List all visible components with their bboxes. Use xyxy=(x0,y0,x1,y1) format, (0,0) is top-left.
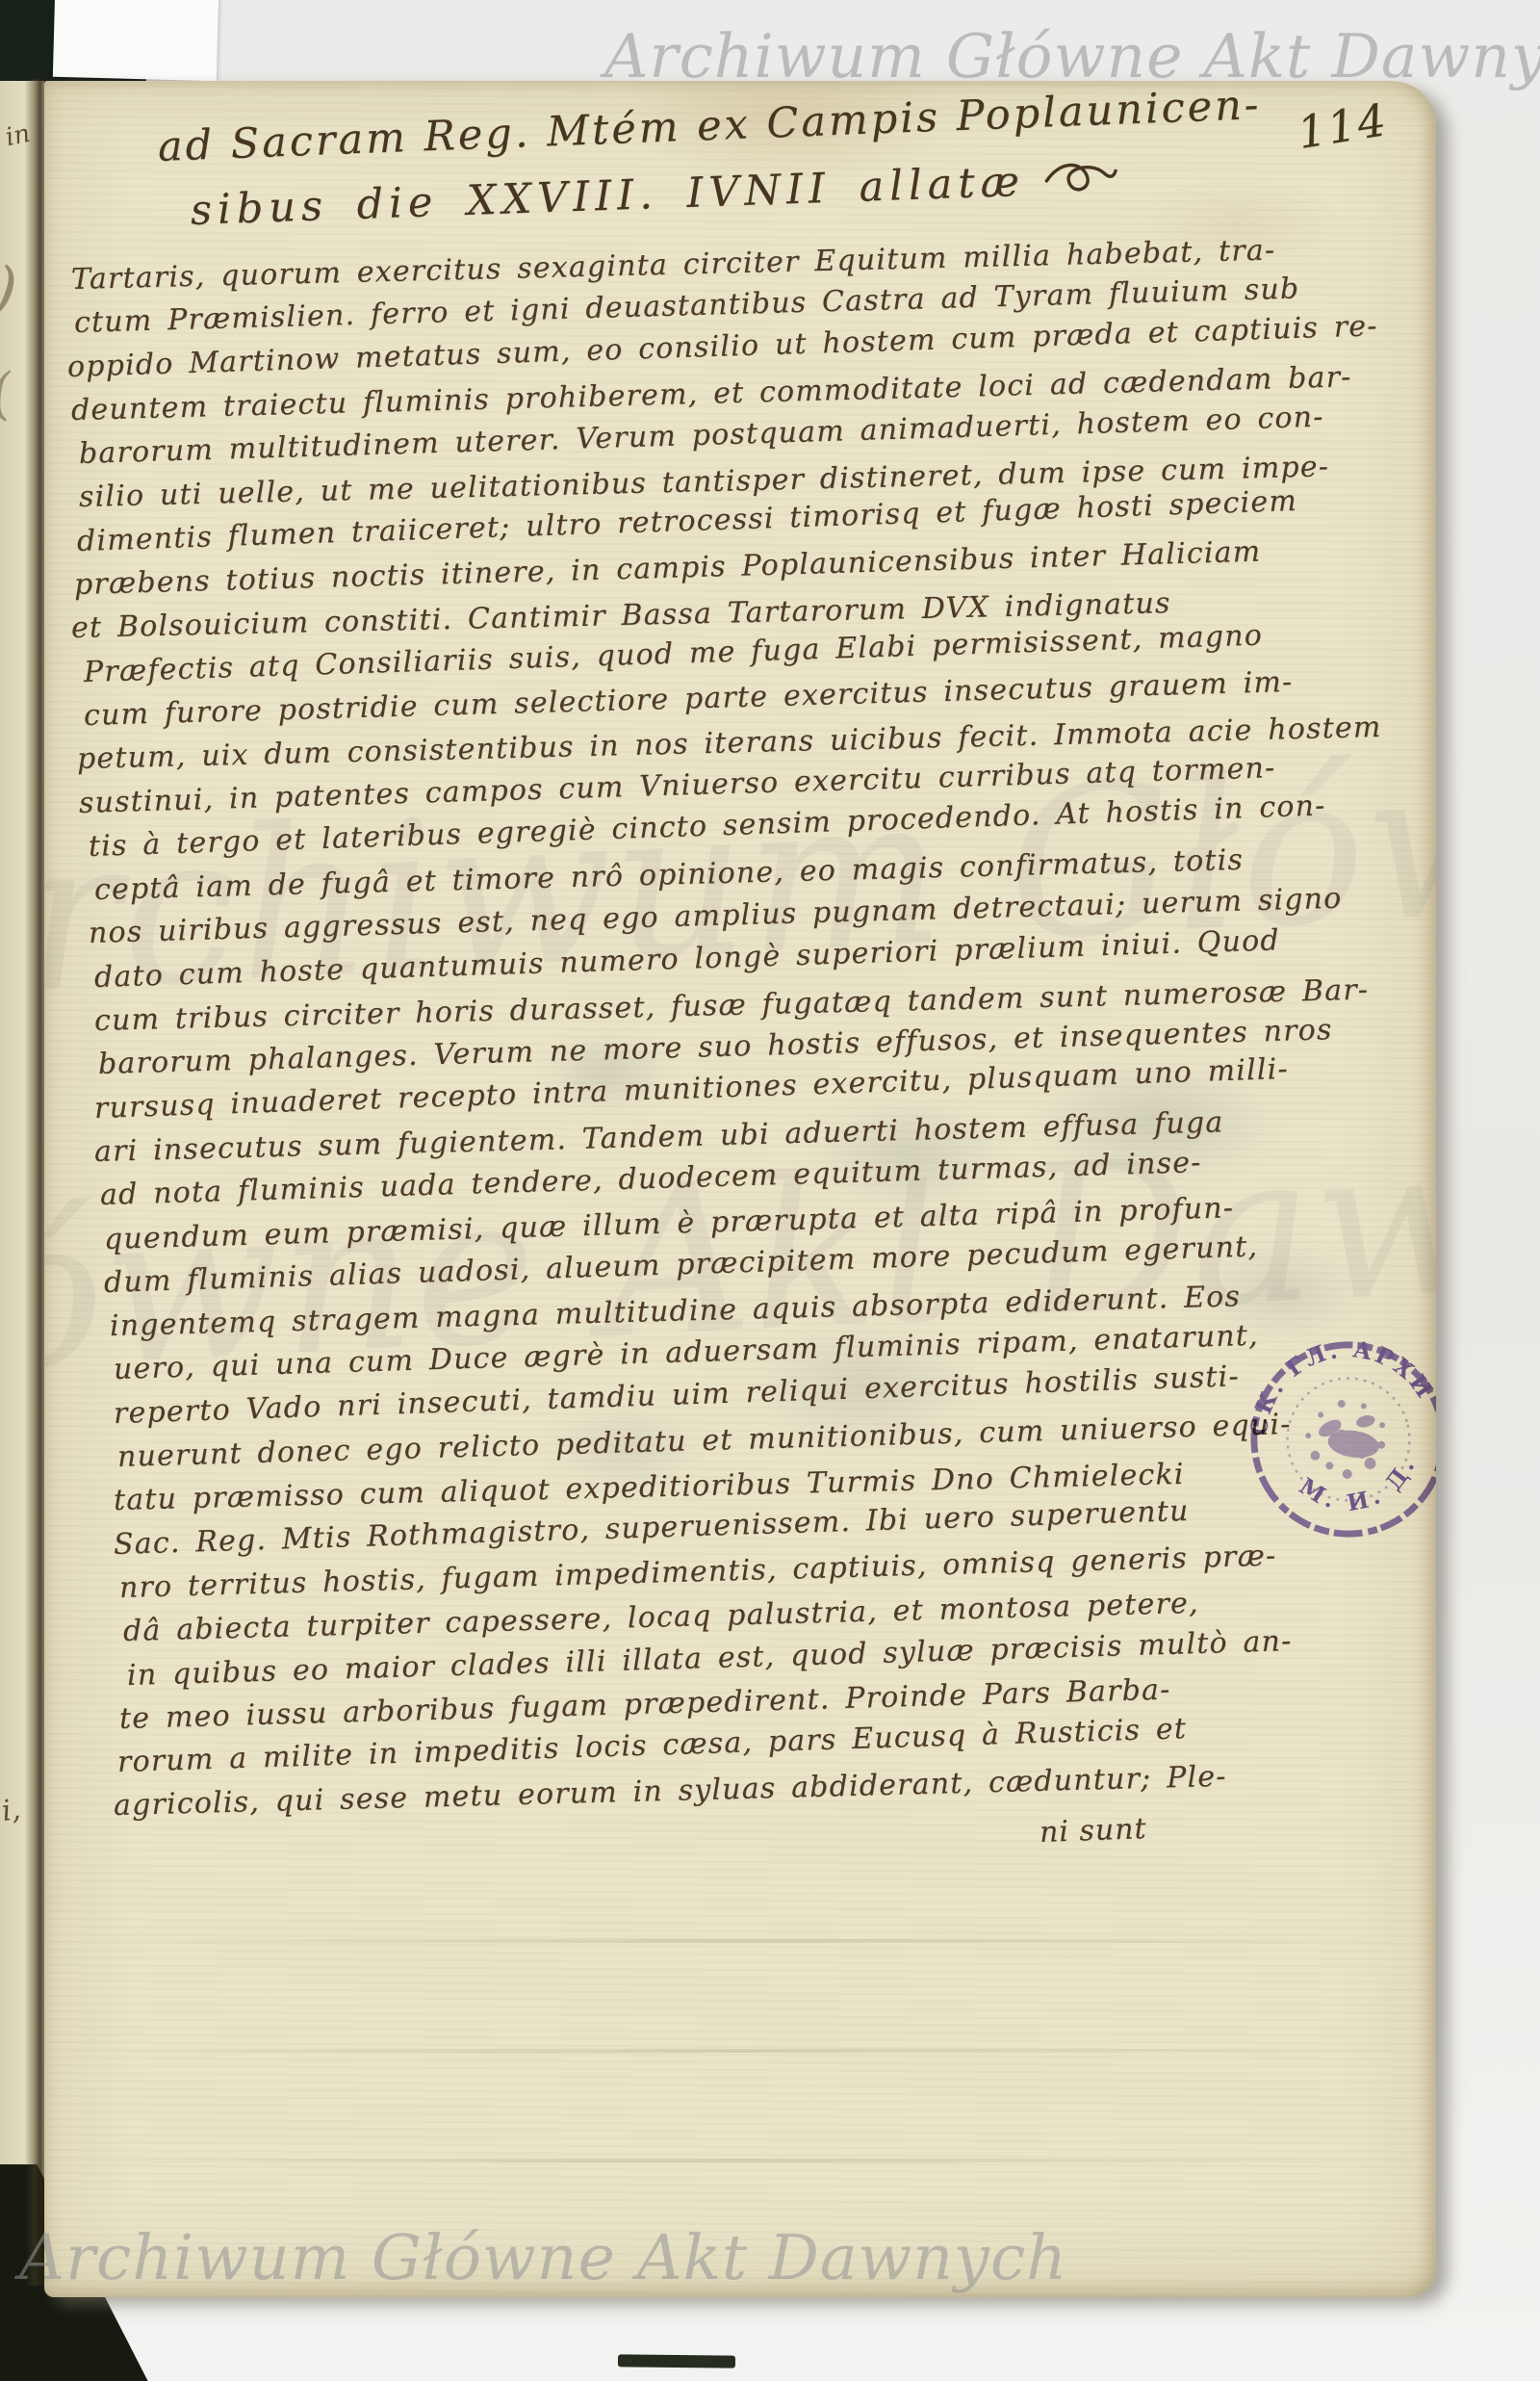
catchword: ni sunt xyxy=(1039,1812,1147,1850)
stamp-center-smudge xyxy=(1299,1391,1396,1487)
heading-line-2: sibus die XXVIII. IVNII allatæ xyxy=(190,154,1118,238)
heading-line-2-text: sibus die XXVIII. IVNII allatæ xyxy=(190,158,1026,235)
white-card xyxy=(53,0,218,81)
margin-stroke: ( xyxy=(0,365,15,423)
heading-flourish xyxy=(1041,157,1118,209)
margin-mark: i, xyxy=(0,1796,22,1826)
paper-crease xyxy=(44,2049,1436,2053)
paper-crease xyxy=(44,2159,1436,2162)
manuscript-body: Tartaris, quorum exercitus sexaginta cir… xyxy=(69,258,1349,1828)
folio-number: 114 xyxy=(1294,93,1391,159)
margin-stroke: ) xyxy=(0,259,20,324)
paper-crease xyxy=(44,1939,1436,1943)
manuscript-page: Archiwum Główne Akt Dawnych Archiwum Głó… xyxy=(44,81,1436,2297)
manuscript-scan: in ) ( i, Archiwum Główne Akt Dawnych Ar… xyxy=(0,0,1540,2381)
scanner-bed-edge xyxy=(618,2354,735,2368)
